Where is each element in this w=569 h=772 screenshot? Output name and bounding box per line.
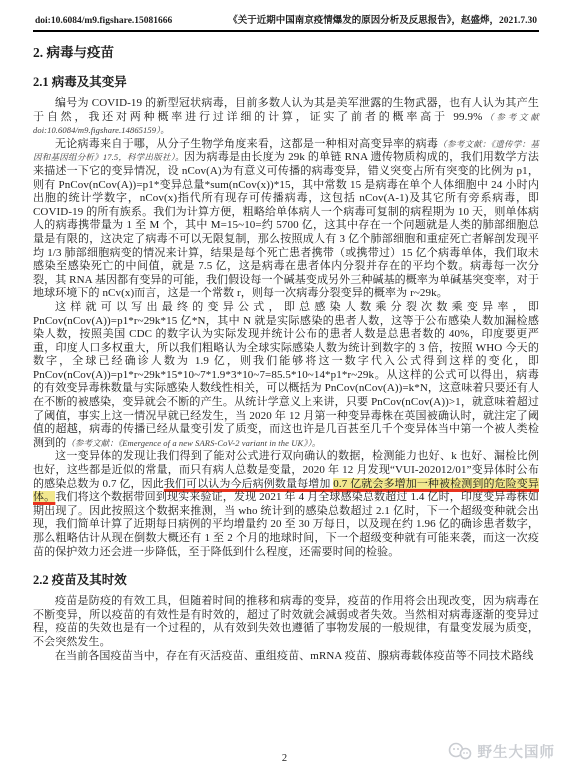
paragraph: 编号为 COVID-19 的新型冠状病毒，目前多数人认为其是美军泄露的生物武器，… (33, 97, 539, 138)
page-header: doi:10.6084/m9.figshare.15081666 《关于近期中国… (33, 12, 539, 32)
paragraph: 无论病毒来自于哪，从分子生物学角度来看，这都是一种相对高变异率的病毒（参考文献：… (33, 138, 539, 301)
text-segment: 因为病毒是由长度为 29k 的单链 RNA 遗传物质构成的，我们用数学方法来描述… (33, 151, 539, 299)
text-segment: 无论病毒来自于哪，从分子生物学角度来看，这都是一种相对高变异率的病毒 (55, 138, 438, 150)
paragraph: 在当前各国疫苗当中，存在有灭活疫苗、重组疫苗、mRNA 疫苗、腺病毒载体疫苗等不… (33, 650, 539, 664)
paragraph: 这样就可以写出最终的变异公式，即总感染人数乘分裂次数乘变异率，即 PnCov(n… (33, 301, 539, 451)
watermark: 野生大国师 (448, 741, 556, 762)
wechat-account-icon (448, 742, 474, 762)
text-segment: 编号为 COVID-19 的新型冠状病毒，目前多数人认为其是美军泄露的生物武器，… (33, 97, 539, 123)
doi-label: doi:10.6084/m9.figshare.15081666 (35, 16, 172, 26)
paragraph: 疫苗是防疫的有效工具，但随着时间的推移和病毒的变异，疫苗的作用将会出现改变，因为… (33, 595, 539, 649)
text-segment: 在当前各国疫苗当中，存在有灭活疫苗、重组疫苗、mRNA 疫苗、腺病毒载体疫苗等不… (55, 650, 533, 662)
document-title: 《关于近期中国南京疫情爆发的原因分析及反思报告》，赵盛烨，2021.7.30 (228, 12, 537, 26)
section-heading: 2.2 疫苗及其时效 (33, 570, 539, 588)
reference-citation: （参考文献：《Emergence of a new SARS-CoV-2 var… (66, 438, 320, 448)
watermark-text: 野生大国师 (478, 741, 556, 762)
underlined-text: 我们可以认为今后病例数量每增加 (164, 478, 333, 490)
text-segment: 疫苗是防疫的有效工具，但随着时间的推移和病毒的变异，疫苗的作用将会出现改变，因为… (33, 595, 539, 648)
paragraph: 这一变异体的发现让我们得到了能对公式进行双向确认的数据，检测能力也好、k 也好、… (33, 450, 539, 559)
section-heading: 2.1 病毒及其变异 (33, 72, 539, 90)
text-segment: 我们将这个数据带回到现实来验证，发现 2021 年 4 月全球感染总数超过 1.… (33, 491, 539, 557)
text-segment: 这样就可以写出最终的变异公式，即总感染人数乘分裂次数乘变异率，即 PnCov(n… (33, 301, 539, 449)
document-content: 2. 病毒与疫苗2.1 病毒及其变异编号为 COVID-19 的新型冠状病毒，目… (33, 41, 539, 663)
document-page: doi:10.6084/m9.figshare.15081666 《关于近期中国… (0, 0, 569, 772)
section-heading: 2. 病毒与疫苗 (33, 41, 539, 61)
